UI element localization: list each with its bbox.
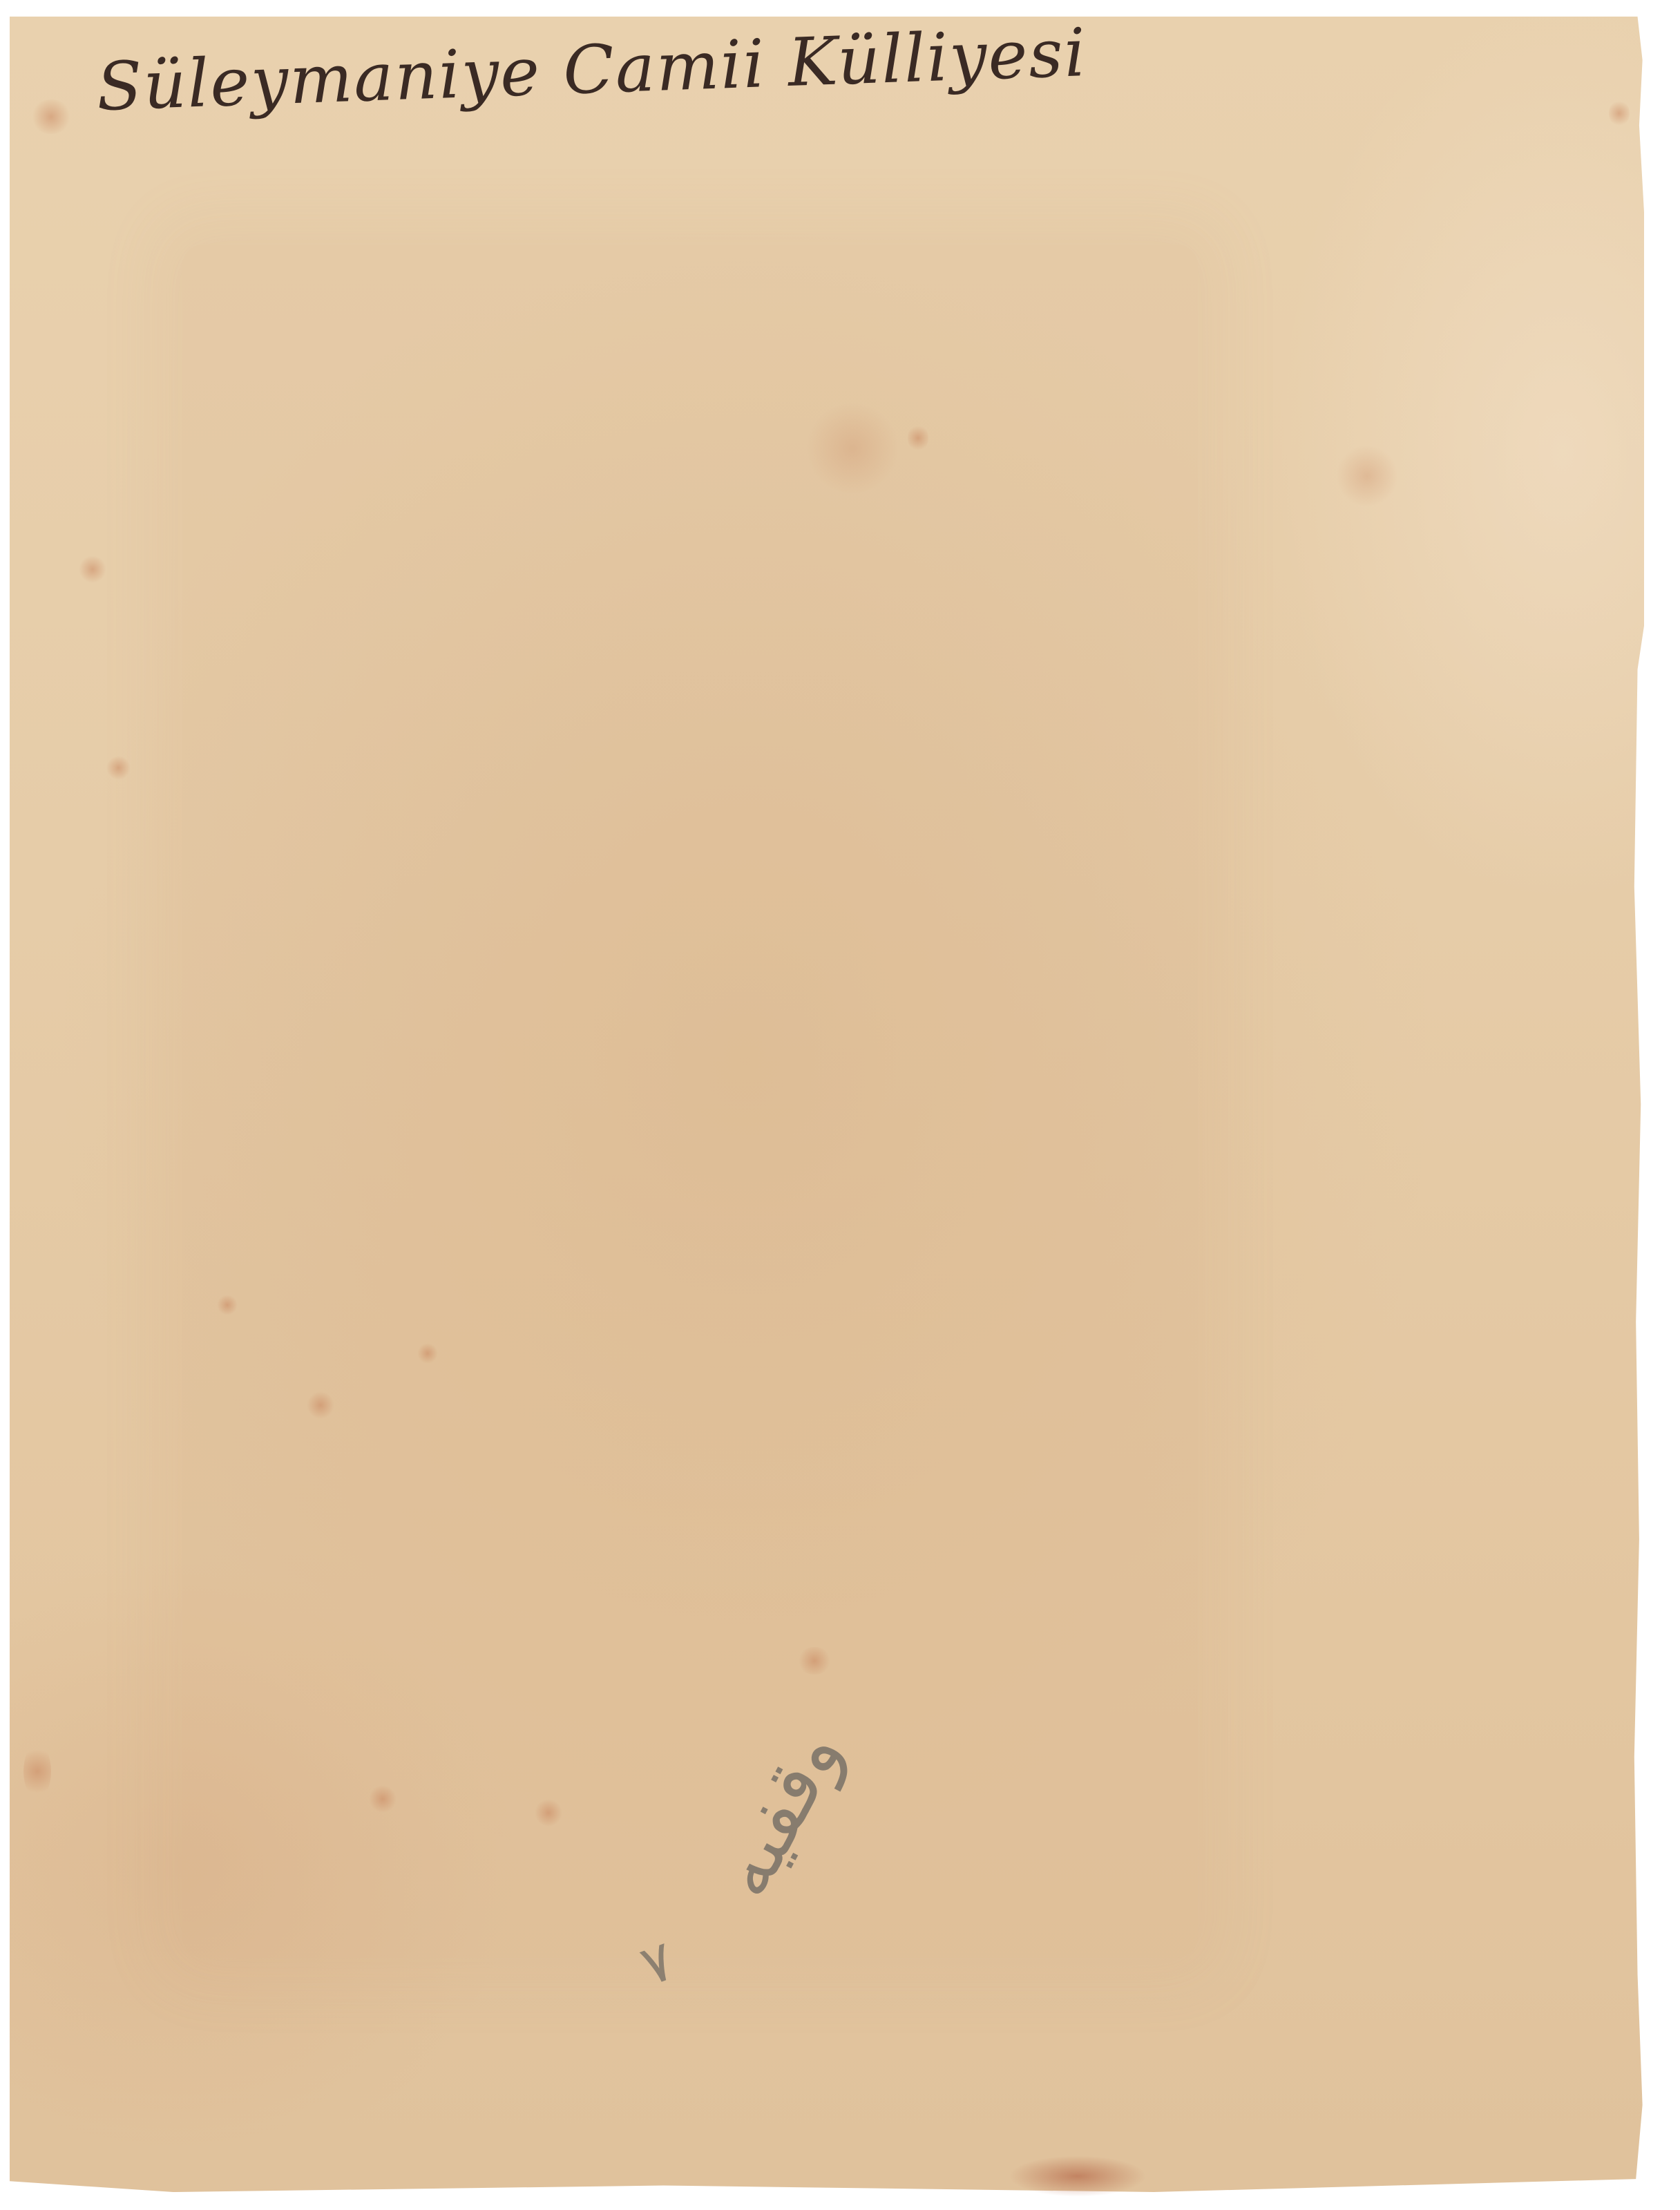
- foxing-spot: [417, 1343, 438, 1364]
- foxing-spot: [106, 756, 131, 780]
- foxing-spot: [1336, 445, 1398, 507]
- foxing-spot: [535, 1799, 562, 1827]
- bottom-stain: [1009, 2155, 1147, 2197]
- foxing-spot: [217, 1295, 238, 1315]
- foxing-spot: [804, 403, 901, 493]
- foxing-spot: [30, 99, 72, 134]
- paper-sheet: [10, 17, 1644, 2192]
- plate-mark-impression: [182, 245, 1198, 1958]
- foxing-spot: [369, 1785, 397, 1813]
- foxing-spot: [79, 555, 106, 583]
- foxing-spot: [23, 1744, 51, 1799]
- foxing-spot: [307, 1391, 334, 1419]
- foxing-spot: [908, 424, 928, 452]
- foxing-spot: [1609, 99, 1630, 127]
- foxing-spot: [797, 1647, 832, 1675]
